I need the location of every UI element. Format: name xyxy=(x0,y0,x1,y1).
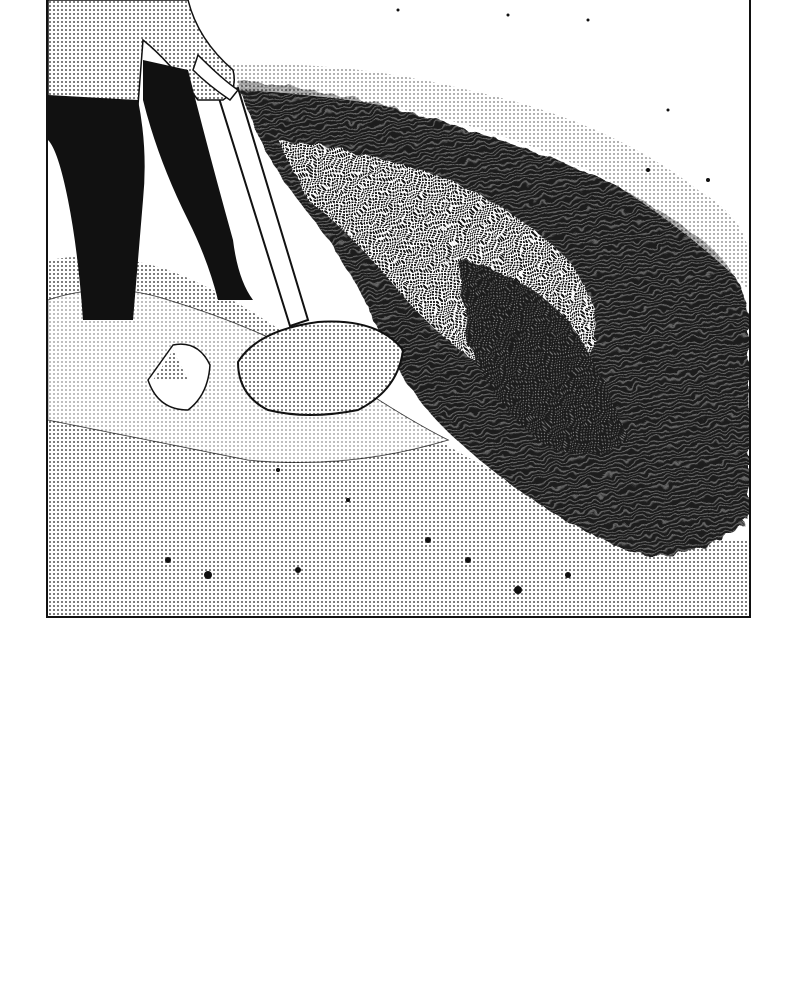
panel-illustration xyxy=(48,0,749,616)
comic-panel xyxy=(46,0,751,618)
page-whitespace xyxy=(0,622,800,1000)
